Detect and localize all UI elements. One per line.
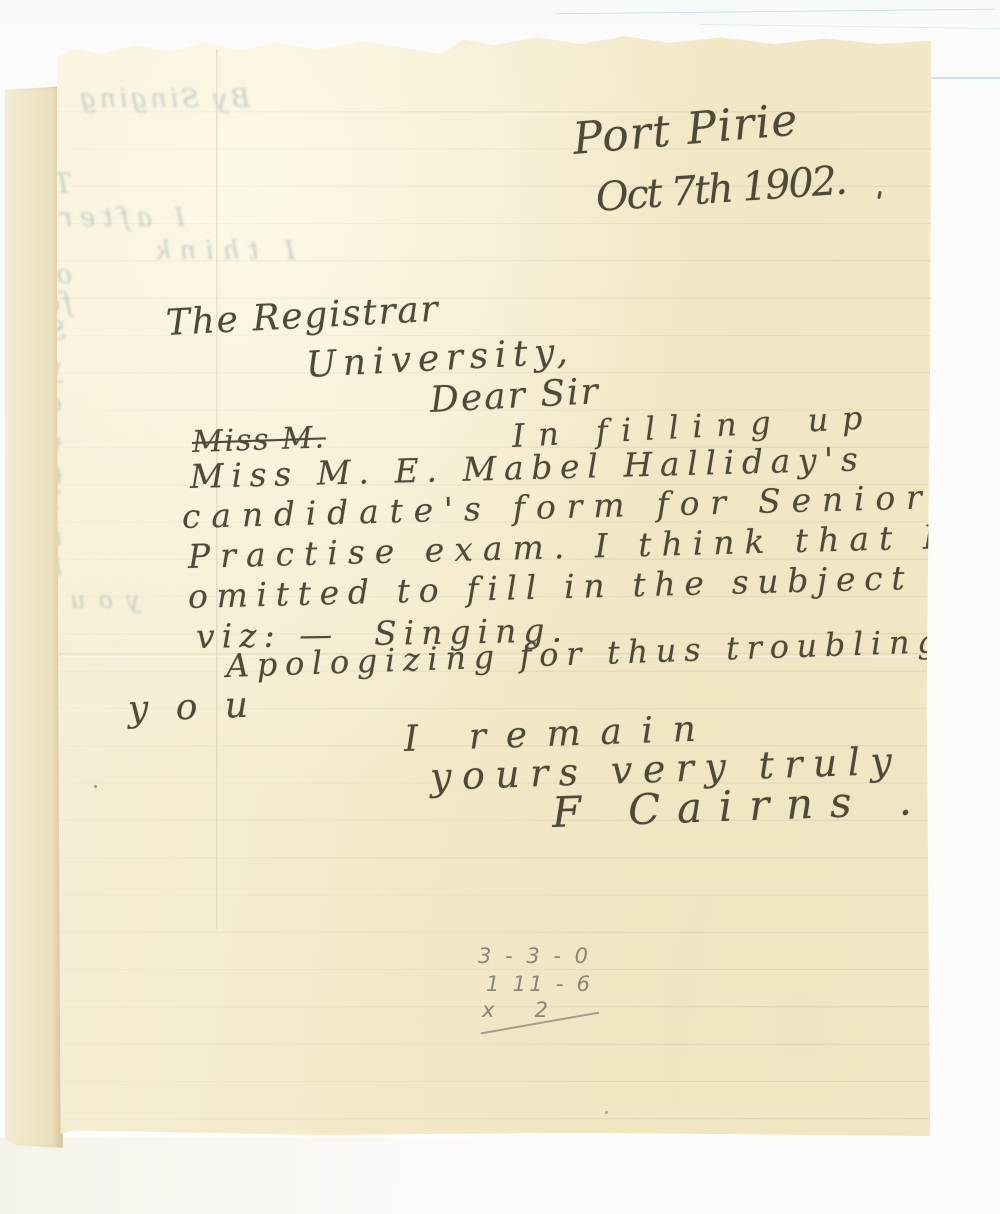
letter-line: Port Pirie bbox=[571, 98, 800, 162]
pencil-line: x 2 bbox=[482, 1000, 565, 1021]
scanned-letter-screenshot: { "document": { "kind": "handwritten let… bbox=[0, 0, 1000, 1214]
letter-line: F Cairns . bbox=[551, 779, 929, 834]
scanner-streak bbox=[931, 77, 1000, 79]
backing-sheet-shadow bbox=[0, 1138, 640, 1214]
bleed-through-line: By Singing bbox=[77, 86, 250, 112]
scanner-streak bbox=[555, 9, 995, 15]
ink-speck bbox=[877, 191, 882, 199]
ink-speck bbox=[605, 1111, 608, 1114]
letter-line: Oct 7th 1902. bbox=[595, 161, 847, 218]
ink-speck bbox=[94, 785, 97, 788]
scanner-streak bbox=[700, 24, 1000, 29]
letter-line: you bbox=[127, 687, 276, 728]
letter-line: Miss M. bbox=[191, 423, 326, 458]
letter-line: Dear Sir bbox=[429, 374, 601, 419]
bleed-through-line: I think bbox=[146, 238, 295, 264]
pencil-line: 3 - 3 - 0 bbox=[478, 946, 592, 967]
bleed-through-line: you bbox=[57, 588, 140, 612]
letter-line: The Registrar bbox=[165, 292, 440, 342]
letter-page: By SingingThe RegistrarI after SirI thin… bbox=[57, 33, 931, 1136]
pencil-line: 1 11 - 6 bbox=[486, 974, 593, 995]
backing-sheet bbox=[5, 86, 63, 1148]
